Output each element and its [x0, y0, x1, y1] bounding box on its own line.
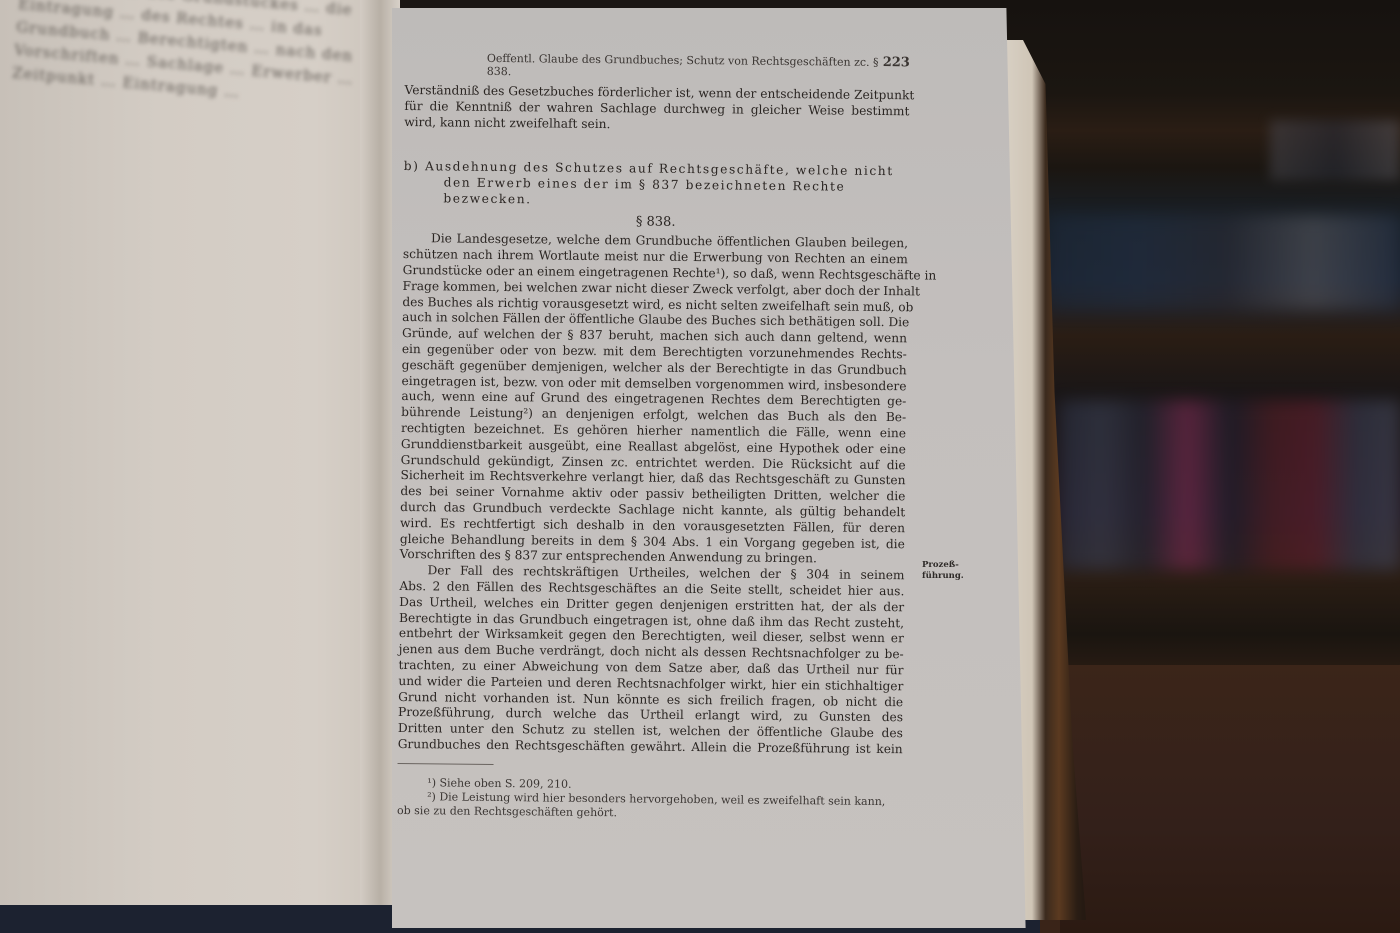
subheading-line: den Erwerb eines der im § 837 bezeichnet…: [403, 174, 908, 211]
page-number: 223: [883, 55, 910, 70]
subheading: b) Ausdehnung des Schutzes auf Rechtsges…: [403, 158, 908, 211]
background-table: [1060, 665, 1400, 933]
footnotes: ¹) Siehe oben S. 209, 210. ²) Die Leistu…: [397, 776, 902, 823]
margin-note-line: Prozeß-: [922, 560, 964, 571]
margin-note: Prozeß- führung.: [922, 560, 964, 582]
footnote-rule: [398, 763, 494, 765]
continuation-paragraph: Verständniß des Gesetzbuches förderliche…: [404, 83, 909, 136]
paragraph-1: Die Landesgesetze, welche dem Grundbuche…: [400, 231, 908, 568]
section-title: § 838.: [403, 212, 908, 232]
page-content: Oeffentl. Glaube des Grundbuches; Schutz…: [397, 50, 910, 823]
background-books: [1060, 400, 1400, 570]
left-page: … den Erwerb des Grundstückes … die Eint…: [0, 0, 395, 920]
background-books: [1050, 215, 1400, 310]
left-page-blurred-text: … den Erwerb des Grundstückes … die Eint…: [0, 0, 365, 867]
margin-note-line: führung.: [922, 571, 964, 582]
running-head: Oeffentl. Glaube des Grundbuches; Schutz…: [405, 50, 910, 82]
background-books: [1270, 120, 1400, 180]
paragraph-2: Der Fall des rechtskräftigen Urtheiles, …: [398, 563, 905, 758]
running-head-title: Oeffentl. Glaube des Grundbuches; Schutz…: [487, 52, 883, 82]
